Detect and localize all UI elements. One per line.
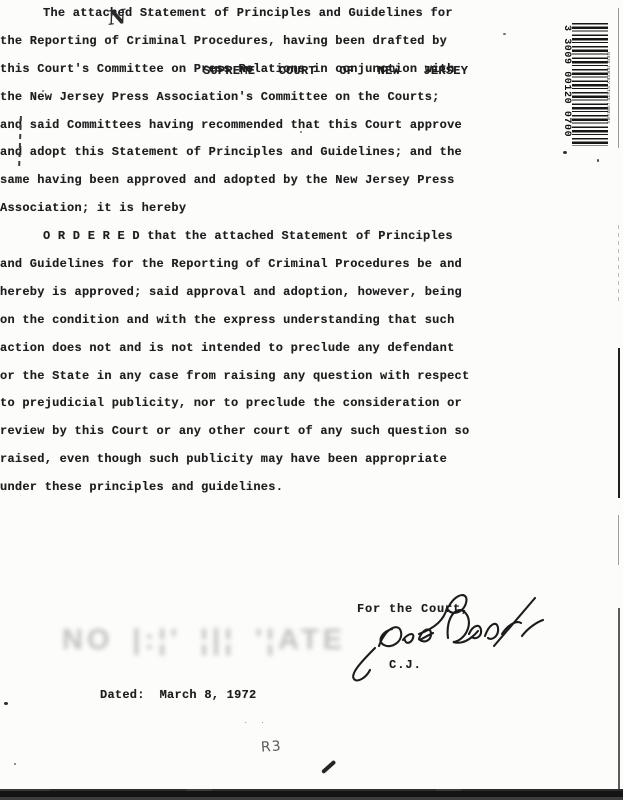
stamp-fragment: '¦ATE bbox=[255, 624, 346, 657]
page-edge-line bbox=[618, 8, 619, 148]
document-line: the New Jersey Press Association's Commi… bbox=[0, 84, 470, 112]
document-line: and Guidelines for the Reporting of Crim… bbox=[0, 251, 470, 279]
document-line: to prejudicial publicity, nor to preclud… bbox=[0, 390, 470, 418]
document-line: and said Committees having recommended t… bbox=[0, 112, 470, 140]
scanned-court-order-page: N . . SUPREME COURT OF NEW JERSEY The at… bbox=[0, 0, 623, 800]
page-edge-line bbox=[618, 348, 620, 498]
speck bbox=[148, 14, 150, 16]
document-line: raised, even though such publicity may h… bbox=[0, 446, 470, 474]
barcode-number: 3 3009 00120 0700 bbox=[561, 25, 572, 137]
ink-dots: ˙ ˙ bbox=[243, 722, 268, 732]
speck bbox=[14, 763, 16, 765]
page-edge-line bbox=[618, 225, 619, 305]
stamp-fragment: ¦|¦ bbox=[200, 624, 236, 657]
document-line: under these principles and guidelines. bbox=[0, 474, 470, 502]
speck bbox=[4, 702, 8, 705]
pen-slash-mark bbox=[321, 760, 336, 774]
ink-dots: . . bbox=[90, 32, 116, 41]
speck bbox=[563, 151, 567, 154]
speck bbox=[503, 33, 506, 35]
chief-justice-initials: C.J. bbox=[389, 658, 422, 672]
speck bbox=[42, 90, 44, 92]
document-line: same having been approved and adopted by… bbox=[0, 167, 470, 195]
document-line: hereby is approved; said approval and ad… bbox=[0, 279, 470, 307]
handwritten-n-mark: N bbox=[108, 4, 127, 30]
document-line: or the State in any case from raising an… bbox=[0, 363, 470, 391]
document-line: Association; it is hereby bbox=[0, 195, 470, 223]
speck bbox=[597, 159, 599, 162]
barcode bbox=[572, 23, 608, 146]
stamp-fragment: |:¦' bbox=[132, 624, 181, 657]
document-line: action does not and is not intended to p… bbox=[0, 335, 470, 363]
dated-line: Dated: March 8, 1972 bbox=[100, 688, 256, 702]
stamp-fragment: NO bbox=[62, 624, 114, 657]
page-mark: R3 bbox=[260, 738, 282, 755]
document-line: review by this Court or any other court … bbox=[0, 418, 470, 446]
document-line: the Reporting of Criminal Procedures, ha… bbox=[0, 28, 470, 56]
document-line: on the condition and with the express un… bbox=[0, 307, 470, 335]
speck bbox=[300, 131, 302, 133]
page-edge-line bbox=[618, 608, 620, 800]
document-title: SUPREME COURT OF NEW JERSEY bbox=[203, 64, 468, 78]
bottom-scan-band bbox=[0, 789, 623, 800]
document-line: O R D E R E D that the attached Statemen… bbox=[0, 223, 470, 251]
document-line: The attached Statement of Principles and… bbox=[0, 0, 470, 28]
page-edge-line bbox=[618, 515, 619, 565]
document-line: and adopt this Statement of Principles a… bbox=[0, 139, 470, 167]
faded-stamp: NO|:¦'¦|¦'¦ATE bbox=[62, 615, 346, 665]
chief-justice-signature bbox=[345, 586, 557, 684]
library-label: NEW JERSEY STATE LIBRARY bbox=[606, 52, 611, 124]
